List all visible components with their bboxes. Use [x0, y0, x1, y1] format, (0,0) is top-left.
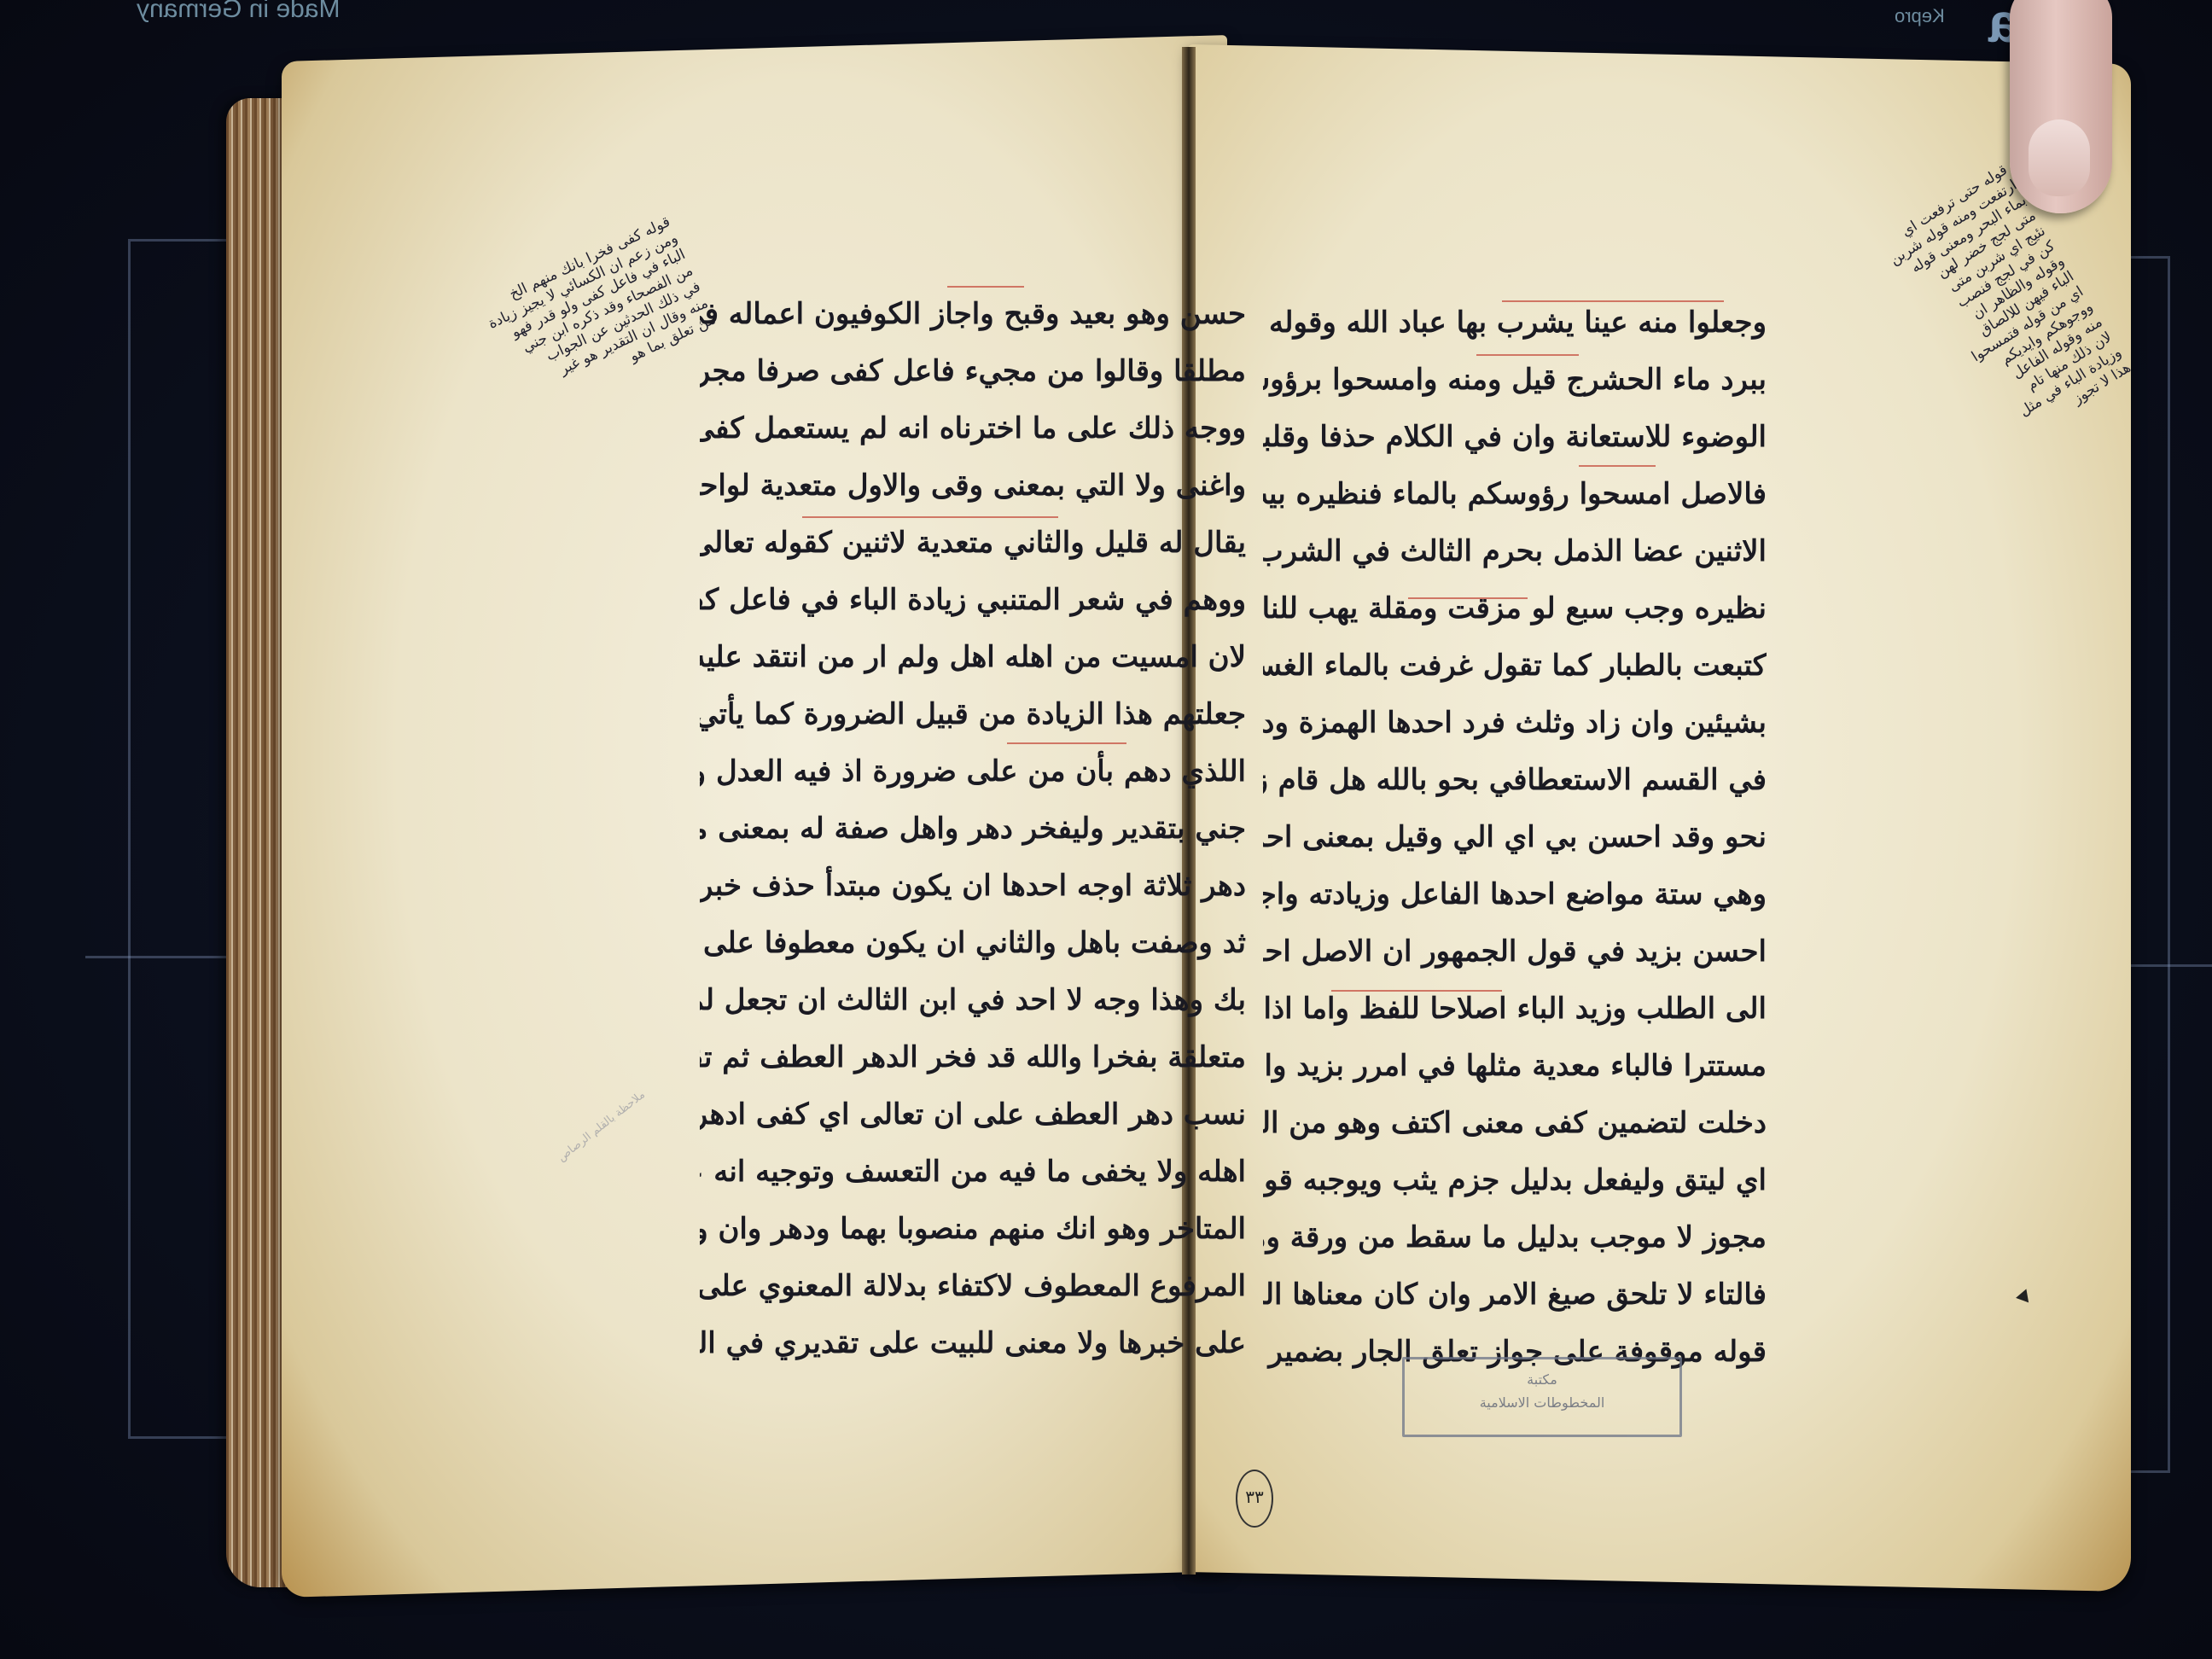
text-line: دهر ثلاثة اوجه احدها ان يكون مبتدأ حذف خ… [700, 858, 1246, 915]
right-page-text: وجعلوا منه عينا يشرب بها عباد الله وقوله… [1263, 294, 1767, 1381]
fingernail [2029, 119, 2090, 196]
text-line: ووهم في شعر المتنبي زيادة الباء في فاعل … [700, 572, 1246, 629]
text-line: حسن وهو بعيد وقبح واجاز الكوفيون اعماله … [700, 286, 1246, 343]
text-line: اللذي دهم بأن من على ضرورة اذ فيه العدل … [700, 743, 1246, 800]
mat-print-text-right: Kepro [1895, 5, 1945, 27]
text-line: اي ليتق وليفعل بدليل جزم يثب ويوجبه قوله… [1263, 1152, 1767, 1209]
text-line: واغنى ولا التي بمعنى وقى والاول متعدية ل… [700, 457, 1246, 515]
text-line: مطلقا وقالوا من مجيء فاعل كفى صرفا مجردا… [700, 343, 1246, 400]
text-line: فالتاء لا تلحق صيغ الامر وان كان معناها … [1263, 1266, 1767, 1324]
text-line: جني بتقدير وليفخر دهر واهل صفة له بمعنى … [700, 800, 1246, 858]
text-line: على خبرها ولا معنى للبيت على تقديري في ا… [700, 1315, 1246, 1372]
folio-number: ٣٣ [1236, 1470, 1273, 1528]
text-line: وجعلوا منه عينا يشرب بها عباد الله وقوله… [1263, 294, 1767, 352]
text-line: لان امسيت من اهله اهل ولم ار من انتقد عل… [700, 629, 1246, 686]
text-line: جعلتهم هذا الزيادة من قبيل الضرورة كما ي… [700, 686, 1246, 743]
text-line: بشيئين وان زاد وثلث فرد احدها الهمزة ودل… [1263, 695, 1767, 752]
stamp-line-1: مكتبة [1405, 1371, 1679, 1388]
text-line: متعلقة بفخرا والله قد فخر الدهر العطف ثم… [700, 1029, 1246, 1086]
text-line: ببرد ماء الحشرج قيل ومنه وامسحوا برؤوسكم… [1263, 352, 1767, 409]
text-line: يقال له قليل والثاني متعدية لاثنين كقوله… [700, 515, 1246, 572]
rubric-overline [802, 516, 1058, 518]
text-line: كتبعت بالطبار كما تقول غرفت بالماء الغسل… [1263, 637, 1767, 695]
text-line: مجوز لا موجب بدليل ما سقط من ورقة وما تخ… [1263, 1209, 1767, 1266]
text-line: ووجه ذلك على ما اخترناه انه لم يستعمل كف… [700, 400, 1246, 457]
text-line: مستترا فالباء معدية مثلها في امرر بزيد و… [1263, 1038, 1767, 1095]
text-line: بك وهذا وجه لا احد في ابن الثالث ان تجعل… [700, 972, 1246, 1029]
rubric-overline [1331, 990, 1502, 992]
left-page-text: حسن وهو بعيد وقبح واجاز الكوفيون اعماله … [700, 286, 1246, 1372]
text-line: المرفوع المعطوف لاكتفاء بدلالة المعنوي ع… [700, 1258, 1246, 1315]
rubric-overline [1408, 597, 1528, 599]
mat-print-text: Made in Germany [137, 0, 340, 24]
text-line: وهي ستة مواضع احدها الفاعل وزيادته واجبة… [1263, 866, 1767, 923]
library-stamp: مكتبة المخطوطات الاسلامية [1402, 1357, 1682, 1437]
text-line: فالاصل امسحوا رؤوسكم بالماء فنظيره بيت ا… [1263, 466, 1767, 523]
text-line: في القسم الاستعطافي بحو بالله هل قام زيد… [1263, 752, 1767, 809]
text-line: نسب دهر العطف على ان تعالى اي كفى ادهر ا… [700, 1086, 1246, 1144]
text-line: نحو وقد احسن بي اي الي وقيل بمعنى احسن م… [1263, 809, 1767, 866]
text-line: المتاخر وهو انك منهم منصوبا بهما ودهر وا… [700, 1201, 1246, 1258]
stamp-line-2: المخطوطات الاسلامية [1405, 1394, 1679, 1411]
text-line: الاثنين عضا الذمل بحرم الثالث في الشرب ا… [1263, 523, 1767, 580]
text-line: دخلت لتضمين كفى معنى اكتف وهو من الحسن ب… [1263, 1095, 1767, 1152]
text-line: اهله ولا يخفى ما فيه من التعسف وتوجيه ان… [700, 1144, 1246, 1201]
text-line: ثد وصفت باهل والثاني ان يكون معطوفا على … [700, 915, 1246, 972]
rubric-overline [1579, 465, 1656, 467]
text-line: نظيره وجب سبع لو مزقت ومقلة يهب للنائمة … [1263, 580, 1767, 637]
text-line: احسن بزيد في قول الجمهور ان الاصل احسن ز… [1263, 923, 1767, 981]
finger [2010, 0, 2112, 213]
text-line: الوضوء للاستعانة وان في الكلام حذفا وقلب… [1263, 409, 1767, 466]
rubric-overline [1476, 354, 1579, 356]
rubric-overline [947, 286, 1024, 288]
rubric-overline [1007, 742, 1126, 744]
rubric-overline [1502, 300, 1724, 302]
